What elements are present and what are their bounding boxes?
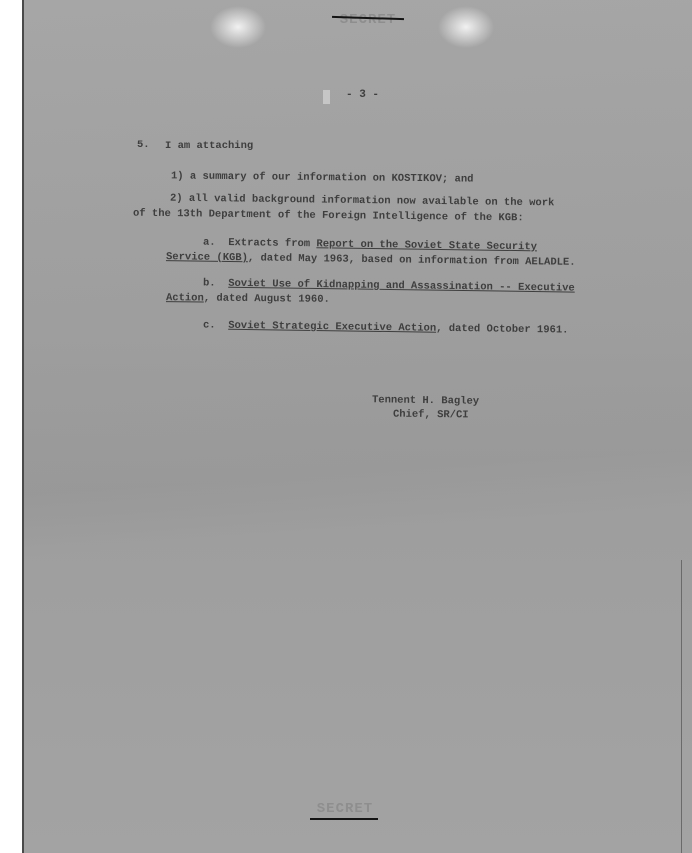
scanned-page bbox=[22, 0, 692, 853]
sub-item-b-letter: b. bbox=[203, 277, 216, 289]
sub-item-a-prefix: Extracts from bbox=[228, 237, 316, 250]
sub-item-c-letter: c. bbox=[203, 319, 216, 331]
page-edge-line bbox=[681, 560, 682, 853]
sub-item-b-line2: Action, dated August 1960. bbox=[166, 292, 330, 306]
sub-item-b-suffix: , dated August 1960. bbox=[204, 293, 330, 306]
signature-name: Tennent H. Bagley bbox=[372, 394, 479, 407]
paragraph-intro: I am attaching bbox=[165, 140, 253, 152]
classification-footer: SECRET bbox=[300, 801, 390, 817]
sub-item-b-title-line2: Action bbox=[166, 292, 204, 304]
sub-item-a-letter: a. bbox=[203, 237, 216, 249]
page-number: - 3 - bbox=[346, 89, 379, 101]
signature-title: Chief, SR/CI bbox=[393, 409, 469, 422]
sub-item-a-title-line2: Service (KGB) bbox=[166, 251, 248, 264]
sub-item-c-suffix: , dated October 1961. bbox=[436, 323, 568, 337]
paragraph-number: 5. bbox=[137, 139, 150, 151]
scan-artifact bbox=[323, 90, 330, 104]
classification-strikethrough-bottom bbox=[310, 818, 378, 820]
